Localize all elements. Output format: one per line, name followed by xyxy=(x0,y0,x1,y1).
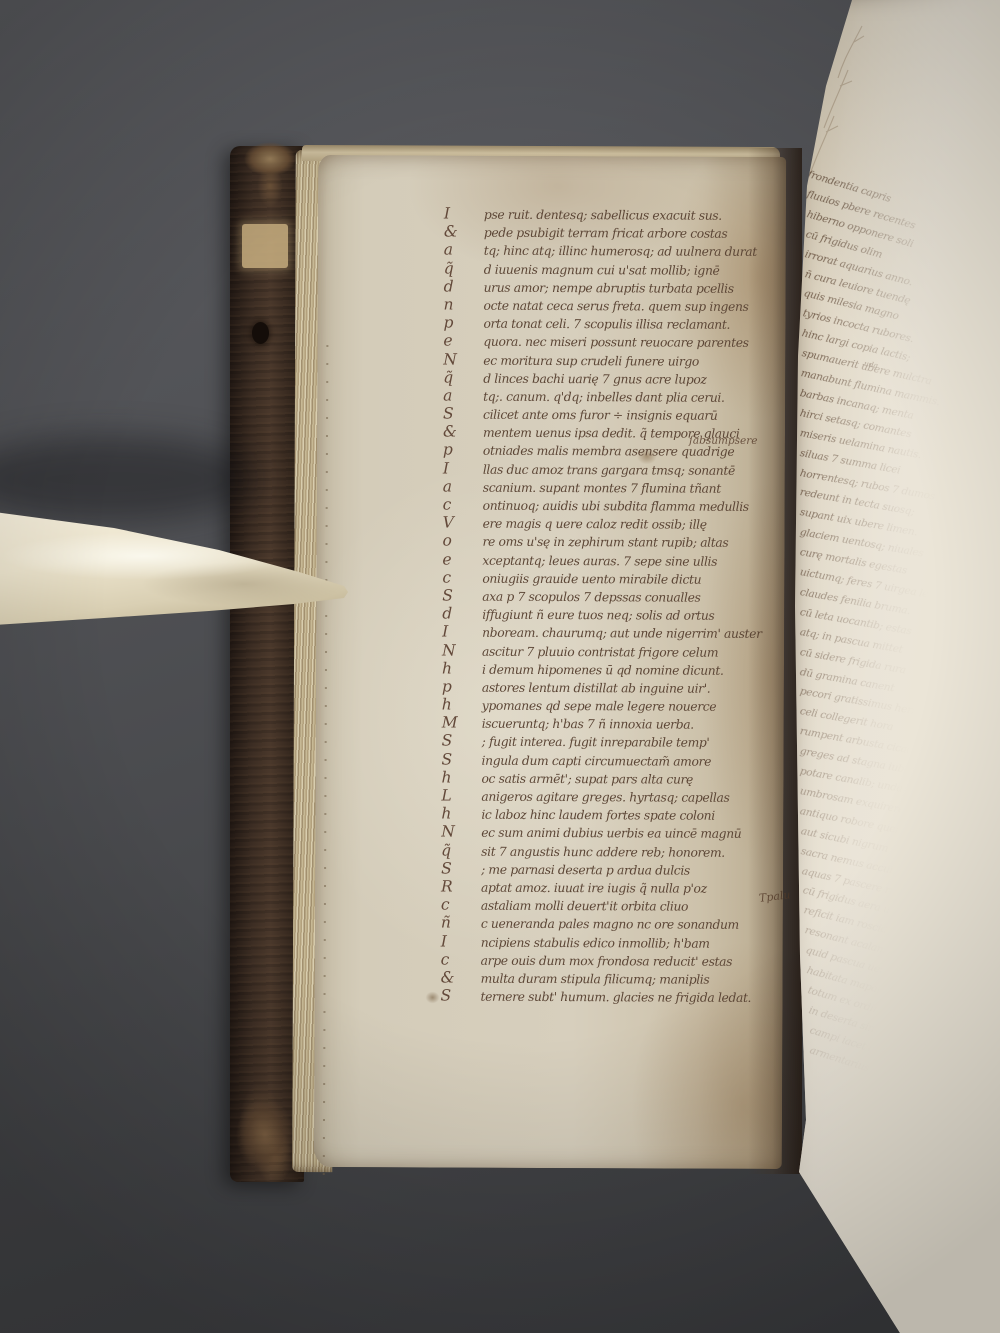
verse-text: ontinuoq; auidis ubi subdita flamma medu… xyxy=(483,499,749,514)
manuscript-line: ñc ueneranda pales magno nc ore sonandum xyxy=(441,913,771,933)
spine-label-remnant xyxy=(242,224,288,268)
verse-initial: h xyxy=(442,659,482,677)
verse-text: astaliam molli deuert'it orbita cliuo xyxy=(481,899,688,914)
manuscript-line: Scilicet ante oms furor ÷ insignis equar… xyxy=(443,404,773,424)
verse-text: aptat amoz. iuuat ire iugis q̃ nulla p'o… xyxy=(481,881,707,896)
verse-text: ere magis q uere caloz redit ossib; illę xyxy=(483,517,707,532)
verse-text: astores lentum distillat ab inguine uir'… xyxy=(482,681,710,696)
manuscript-line: Singula dum capti circumuectam̃ amore xyxy=(442,749,772,769)
verse-text: arpe ouis dum mox frondosa reducit' esta… xyxy=(481,953,732,968)
verse-initial: I xyxy=(444,205,484,223)
manuscript-line: &pede psubigit terram fricat arbore cost… xyxy=(444,222,774,242)
verse-initial: & xyxy=(443,423,483,441)
verse-text: nboream. chaurumq; aut unde nigerrim' au… xyxy=(482,626,762,641)
manuscript-line: porta tonat celi. 7 scopulis illisa recl… xyxy=(443,313,773,333)
verse-text: octe natat ceca serus freta. quem sup in… xyxy=(484,299,749,314)
manuscript-line: carpe ouis dum mox frondosa reducit' est… xyxy=(441,949,771,969)
verse-text: llas duc amoz trans gargara tmsq; sonant… xyxy=(483,462,735,477)
verse-initial: I xyxy=(441,932,481,950)
verse-initial: d xyxy=(442,605,482,623)
verse-text: oc satis armēt'; supat pars alta curę xyxy=(481,772,693,787)
verse-text: urus amor; nempe abruptis turbata pcelli… xyxy=(484,280,734,295)
manuscript-line: exceptantq; leues auras. 7 sepe sine ull… xyxy=(442,549,772,569)
manuscript-line: durus amor; nempe abruptis turbata pcell… xyxy=(444,276,774,296)
manuscript-line: Nec moritura sup crudeli funere uirgo xyxy=(443,349,773,369)
manuscript-line: castaliam molli deuert'it orbita cliuo xyxy=(441,895,771,915)
verse-initial: V xyxy=(443,514,483,532)
verse-initial: h xyxy=(441,805,481,823)
verse-text: c ueneranda pales magno nc ore sonandum xyxy=(481,917,739,932)
verse-initial: c xyxy=(443,496,483,514)
manuscript-line: pastores lentum distillat ab inguine uir… xyxy=(442,676,772,696)
verse-initial: S xyxy=(441,859,481,877)
verse-initial: S xyxy=(442,750,482,768)
verse-text: ncipiens stabulis edico inmollib; h'bam xyxy=(481,935,710,950)
manuscript-line: ascanium. supant montes 7 flumina tñant xyxy=(443,476,773,496)
verse-text: d linces bachi uarię 7 gnus acre lupoz xyxy=(483,371,706,386)
verse-initial: & xyxy=(441,968,481,986)
manuscript-line: atq; hinc atq; illinc humerosq; ad uulne… xyxy=(444,240,774,260)
verse-initial: h xyxy=(442,696,482,714)
manuscript-line: Saxa p 7 scopulos 7 depssas conualles xyxy=(442,585,772,605)
verse-initial: h xyxy=(441,768,481,786)
verse-initial: & xyxy=(444,223,484,241)
verse-initial: q̃ xyxy=(441,841,481,859)
manuscript-line: Miscueruntq; h'bas 7 ñ innoxia uerba. xyxy=(442,713,772,733)
verse-text: i demum hipomenes ū qd nomine dicunt. xyxy=(482,662,724,677)
verse-initial: M xyxy=(442,714,482,732)
verse-initial: R xyxy=(441,877,481,895)
verse-initial: o xyxy=(442,532,482,550)
verse-text: ; fugit interea. fugit inreparabile temp… xyxy=(482,735,710,750)
verse-initial: q̃ xyxy=(444,259,484,277)
verse-text: pede psubigit terram fricat arbore costa… xyxy=(484,226,728,241)
verse-text: tq;. canum. q'dq; inbelles dant plia cer… xyxy=(483,390,724,405)
verse-initial: c xyxy=(442,568,482,586)
manuscript-line: hoc satis armēt'; supat pars alta curę xyxy=(441,767,771,787)
verse-text: multa duram stipula filicumq; maniplis xyxy=(481,972,710,987)
verse-text-block: Ipse ruit. dentesq; sabellicus exacuit s… xyxy=(441,204,774,1006)
manuscript-line: ore oms u'sę in zephirum stant rupib; al… xyxy=(442,531,772,551)
verse-text: sit 7 angustis hunc addere reb; honorem. xyxy=(481,844,725,859)
verse-initial: N xyxy=(442,641,482,659)
tool-shadow xyxy=(0,436,260,522)
verse-text: quora. nec miseri possunt reuocare paren… xyxy=(483,335,748,350)
manuscript-line: atq;. canum. q'dq; inbelles dant plia ce… xyxy=(443,385,773,405)
verse-initial: d xyxy=(444,277,484,295)
verse-initial: p xyxy=(443,441,483,459)
verse-initial: S xyxy=(442,732,482,750)
faded-inscription xyxy=(804,20,874,180)
verse-initial: S xyxy=(443,405,483,423)
verse-text: scanium. supant montes 7 flumina tñant xyxy=(483,481,721,496)
manuscript-line: Inboream. chaurumq; aut unde nigerrim' a… xyxy=(442,622,772,642)
manuscript-line: S; me parnasi deserta p ardua dulcis xyxy=(441,858,771,878)
verse-text: oniugiis grauide uento mirabile dictu xyxy=(482,571,701,586)
verse-text: d iuuenis magnum cui u'sat mollib; ignē xyxy=(484,262,720,277)
verse-text: iffugiunt ñ eure tuos neq; solis ad ortu… xyxy=(482,608,714,623)
manuscript-line: continuoq; auidis ubi subdita flamma med… xyxy=(443,495,773,515)
verse-initial: N xyxy=(441,823,481,841)
manuscript-line: Lanigeros agitare greges. hyrtasq; capel… xyxy=(441,786,771,806)
recto-page: frondentia caprisfluuios pbere recentesh… xyxy=(786,0,1000,1333)
verse-initial: ñ xyxy=(441,914,481,932)
manuscript-line: hypomanes qd sepe male legere nouerce xyxy=(442,695,772,715)
verse-text: ypomanes qd sepe male legere nouerce xyxy=(482,699,716,714)
manuscript-line: Nec sum animi dubius uerbis ea uincē mag… xyxy=(441,822,771,842)
verse-text: re oms u'sę in zephirum stant rupib; alt… xyxy=(482,535,728,550)
verse-initial: e xyxy=(442,550,482,568)
spine-top-damage xyxy=(244,142,296,176)
manuscript-line: Sternere subt' humum. glacies ne frigida… xyxy=(441,986,771,1006)
manuscript-line: Illas duc amoz trans gargara tmsq; sonan… xyxy=(443,458,773,478)
verse-text: ec sum animi dubius uerbis ea uincē magn… xyxy=(481,826,741,841)
verse-initial: N xyxy=(443,350,483,368)
verse-initial: a xyxy=(444,241,484,259)
spine-bottom-wear xyxy=(236,1098,294,1172)
spine-worm-hole xyxy=(252,322,269,344)
manuscript-line: Ipse ruit. dentesq; sabellicus exacuit s… xyxy=(444,204,774,224)
verse-initial: a xyxy=(443,477,483,495)
manuscript-line: Nascitur 7 pluuio contristat frigore cel… xyxy=(442,640,772,660)
verse-initial: I xyxy=(442,623,482,641)
verse-initial: L xyxy=(441,787,481,805)
gutter-shadow xyxy=(748,148,802,1174)
verse-text: cilicet ante oms furor ÷ insignis equarū xyxy=(483,408,717,423)
verse-initial: p xyxy=(443,314,483,332)
verse-text: ascitur 7 pluuio contristat frigore celu… xyxy=(482,644,718,659)
manuscript-line: q̃d linces bachi uarię 7 gnus acre lupoz xyxy=(443,367,773,387)
manuscript-line: diffugiunt ñ eure tuos neq; solis ad ort… xyxy=(442,604,772,624)
verse-text: ec moritura sup crudeli funere uirgo xyxy=(483,353,699,368)
verse-initial: e xyxy=(443,332,483,350)
verse-initial: c xyxy=(441,896,481,914)
manuscript-line: nocte natat ceca serus freta. quem sup i… xyxy=(444,294,774,314)
manuscript-line: Vere magis q uere caloz redit ossib; ill… xyxy=(443,513,773,533)
verse-text: anigeros agitare greges. hyrtasq; capell… xyxy=(481,790,729,805)
manuscript-line: hi demum hipomenes ū qd nomine dicunt. xyxy=(442,658,772,678)
verse-text: ternere subt' humum. glacies ne frigida … xyxy=(481,990,752,1005)
verse-initial: c xyxy=(441,950,481,968)
verse-text: ingula dum capti circumuectam̃ amore xyxy=(482,753,712,768)
verse-initial: n xyxy=(444,295,484,313)
verso-page: Ipse ruit. dentesq; sabellicus exacuit s… xyxy=(314,155,786,1169)
verse-text: pse ruit. dentesq; sabellicus exacuit su… xyxy=(484,208,722,223)
verse-text: xceptantq; leues auras. 7 sepe sine ulli… xyxy=(482,553,717,568)
verse-initial: q̃ xyxy=(443,368,483,386)
manuscript-line: equora. nec miseri possunt reuocare pare… xyxy=(443,331,773,351)
verse-text: ic laboz hinc laudem fortes spate coloni xyxy=(481,808,715,823)
manuscript-line: coniugiis grauide uento mirabile dictu xyxy=(442,567,772,587)
verse-initial: I xyxy=(443,459,483,477)
manuscript-line: Raptat amoz. iuuat ire iugis q̃ nulla p'… xyxy=(441,876,771,896)
manuscript-line: hic laboz hinc laudem fortes spate colon… xyxy=(441,804,771,824)
pricking-holes xyxy=(323,345,329,1175)
verse-text: axa p 7 scopulos 7 depssas conualles xyxy=(482,590,700,605)
manuscript-line: q̃d iuuenis magnum cui u'sat mollib; ign… xyxy=(444,258,774,278)
manuscript-line: Incipiens stabulis edico inmollib; h'bam xyxy=(441,931,771,951)
verse-initial: a xyxy=(443,386,483,404)
manuscript-photograph: Ipse ruit. dentesq; sabellicus exacuit s… xyxy=(0,0,1000,1333)
verse-text: iscueruntq; h'bas 7 ñ innoxia uerba. xyxy=(482,717,694,732)
verse-initial: S xyxy=(442,586,482,604)
verse-text: ; me parnasi deserta p ardua dulcis xyxy=(481,862,690,877)
verse-text: orta tonat celi. 7 scopulis illisa recla… xyxy=(483,317,730,332)
verse-initial: p xyxy=(442,677,482,695)
manuscript-line: S; fugit interea. fugit inreparabile tem… xyxy=(442,731,772,751)
verse-text: tq; hinc atq; illinc humerosq; ad uulner… xyxy=(484,244,757,259)
manuscript-line: q̃sit 7 angustis hunc addere reb; honore… xyxy=(441,840,771,860)
manuscript-line: &multa duram stipula filicumq; maniplis xyxy=(441,967,771,987)
verse-initial: S xyxy=(441,987,481,1005)
